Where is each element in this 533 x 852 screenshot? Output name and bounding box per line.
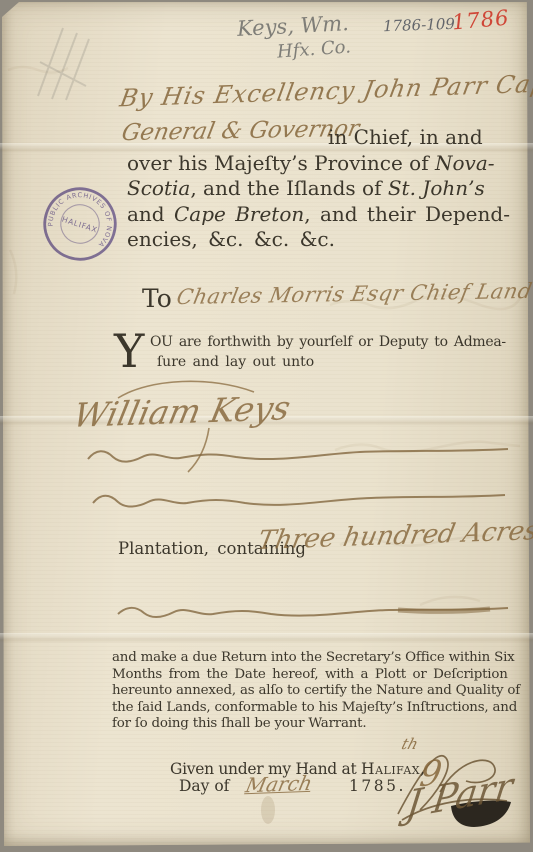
heading-text: and — [127, 202, 174, 226]
handwritten-heading-line2: General & Governor — [119, 116, 361, 146]
printed-heading-line3: Scotia, and the Iſlands of St. John’s — [127, 176, 510, 201]
year-printed: 1785. — [349, 777, 406, 795]
pencil-tally-marks — [38, 28, 89, 100]
heading-text: , and their Depend- — [304, 202, 510, 226]
printed-heading-line4: and Cape Breton, and their Depend- — [127, 202, 510, 227]
squiggle-3-heavy-tail — [398, 609, 490, 611]
squiggle-2 — [93, 495, 505, 507]
heading-text-italic: Scotia — [127, 176, 190, 200]
heading-text-italic: Cape Breton — [174, 202, 304, 226]
to-label: To — [142, 284, 172, 313]
return-clause-line: the ſaid Lands, conformable to his Majeſ… — [112, 700, 520, 717]
drop-cap: Y — [114, 328, 144, 374]
order-line2: ſure and lay out unto — [157, 354, 314, 370]
return-clause-line: Months from the Date hereof, with a Plot… — [112, 667, 520, 684]
squiggle-1 — [88, 449, 508, 462]
ink-smudge — [261, 796, 275, 824]
red-year-annotation: 1786 — [451, 6, 510, 35]
order-line1: OU are forthwith by yourſelf or Deputy t… — [150, 334, 506, 350]
place-smallcaps: Halifax, — [361, 760, 426, 778]
heading-text: , and the Iſlands of — [190, 176, 388, 200]
heading-text-italic: Nova- — [435, 151, 495, 175]
printed-heading-line2: over his Majeſty’s Province of Nova- — [127, 151, 510, 176]
month-handwritten: March — [243, 771, 314, 797]
heading-text: over his Majeſty’s Province of — [127, 151, 435, 175]
stamp-center-text: HALIFAX — [61, 215, 99, 235]
grantee-handwritten-name: William Keys — [70, 388, 294, 435]
return-clause-line: for ſo doing this ſhall be your Warrant. — [112, 716, 520, 733]
return-clause: and make a due Return into the Secretary… — [112, 650, 520, 733]
heading-text-italic: St. John’s — [388, 176, 485, 200]
day-of-label: Day of — [179, 777, 229, 795]
printed-heading-line1: in Chief, in and — [328, 125, 483, 149]
return-clause-line: and make a due Return into the Secretary… — [112, 650, 520, 667]
reference-number-annotation: 1786-109 — [383, 15, 455, 35]
printed-heading-line5: encies, &c. &c. &c. — [127, 227, 510, 252]
return-clause-line: hereunto annexed, as alſo to certify the… — [112, 683, 520, 700]
printed-heading-block: over his Majeſty’s Province of Nova- Sco… — [127, 151, 510, 252]
document-scan: Keys, Wm. Hfx. Co. 1786-109 1786 By His … — [0, 0, 533, 852]
